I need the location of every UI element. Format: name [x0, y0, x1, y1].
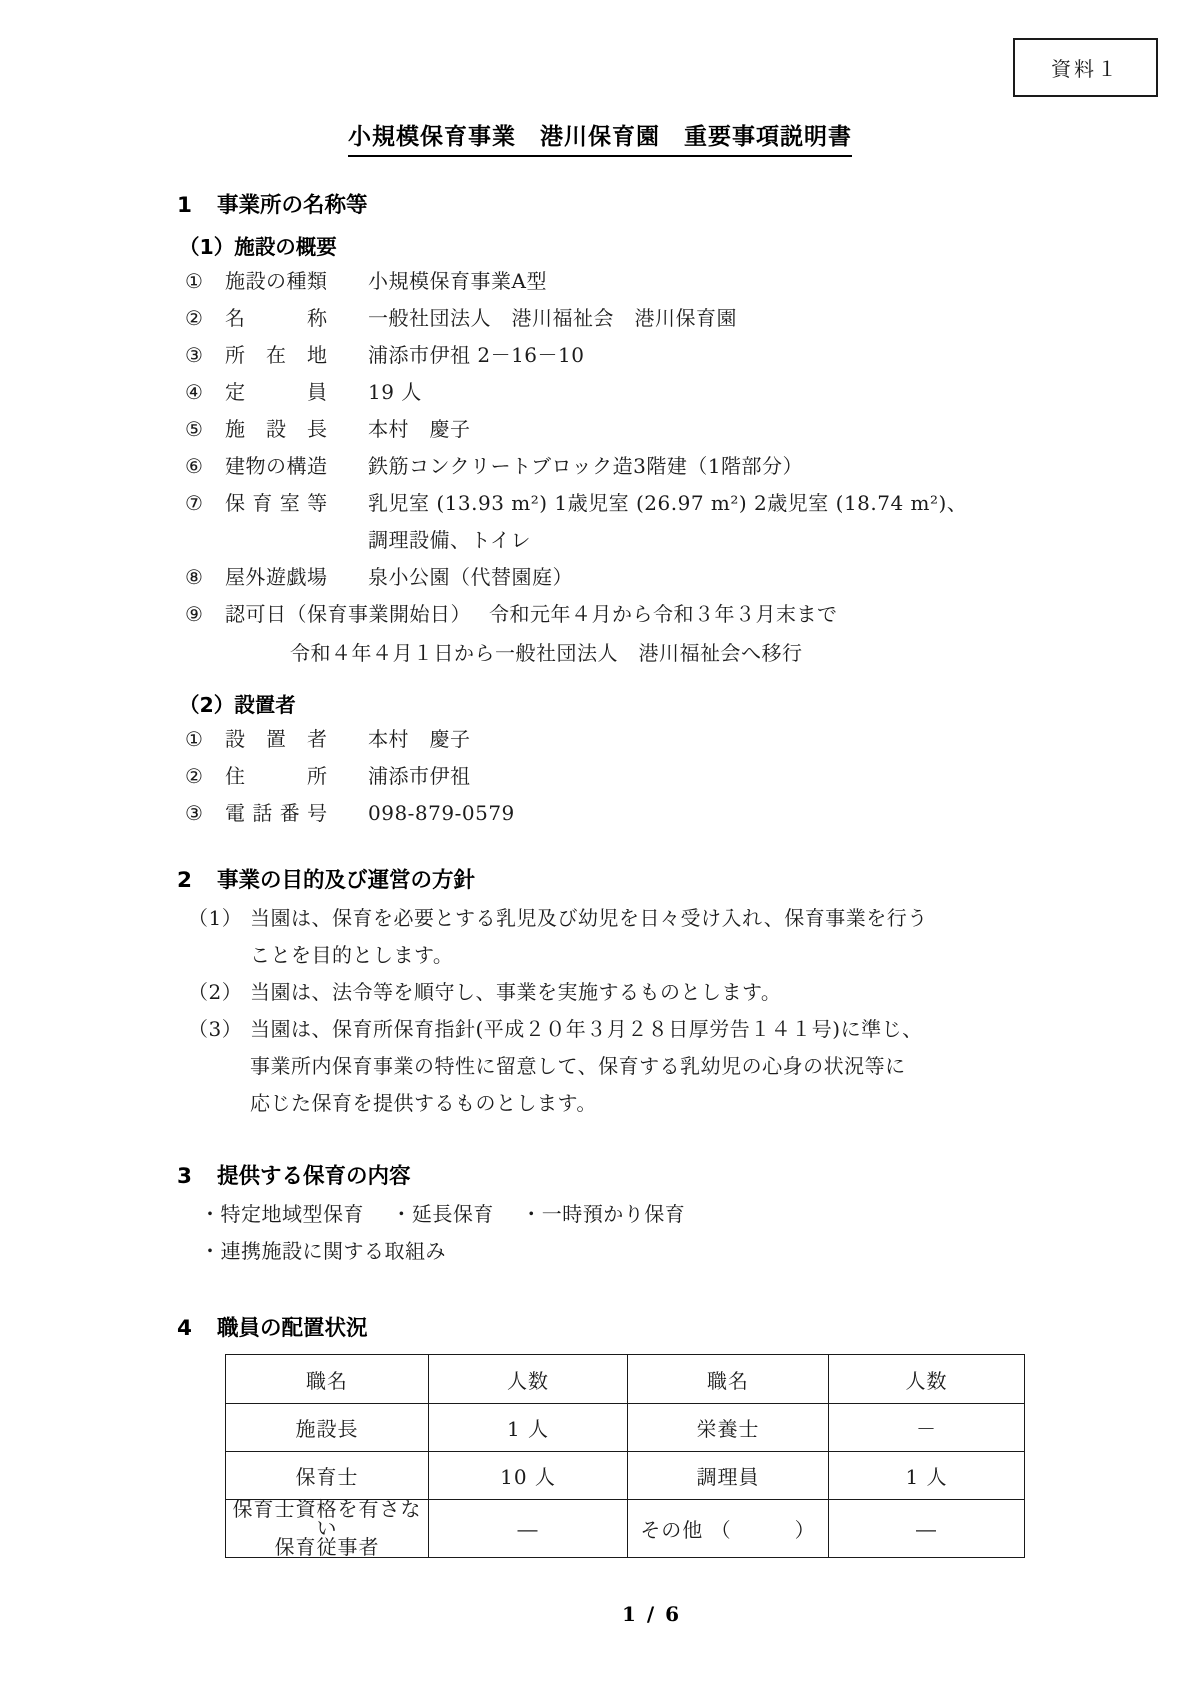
item-number: ⑦ [185, 485, 225, 522]
paragraph-line: ことを目的とします。 [250, 937, 1140, 974]
item-number: ⑨ [185, 596, 225, 633]
cell-line: 保育従事者 [226, 1538, 428, 1557]
item-label: 所 在 地 [225, 337, 368, 374]
item-value: 令和元年４月から令和３年３月末まで [489, 596, 838, 633]
facility-item-address: ③ 所 在 地 浦添市伊祖 2－16－10 [163, 337, 1140, 374]
cell-count: 1 人 [429, 1404, 628, 1452]
section2-number: 2 [177, 866, 217, 896]
facility-item-rooms: ⑦ 保 育 室 等 乳児室 (13.93 m²) 1歳児室 (26.97 m²)… [163, 485, 1140, 522]
care-content-bullets: ・特定地域型保育 ・延長保育 ・一時預かり保育 ・連携施設に関する取組み [163, 1196, 1140, 1270]
purpose-paragraph-2: （2） 当園は、法令等を順守し、事業を実施するものとします。 [163, 974, 1140, 1011]
cell-count: 10 人 [429, 1452, 628, 1500]
item-value: 泉小公園（代替園庭） [368, 559, 573, 596]
purpose-paragraph-3: （3） 当園は、保育所保育指針(平成２０年３月２８日厚労告１４１号)に準じ、 事… [163, 1011, 1140, 1122]
facility-item-capacity: ④ 定 員 19 人 [163, 374, 1140, 411]
facility-item-structure: ⑥ 建物の構造 鉄筋コンクリートブロック造3階建（1階部分） [163, 448, 1140, 485]
section2-heading: 2 事業の目的及び運営の方針 [177, 866, 1140, 896]
item-label: 施設の種類 [225, 263, 368, 300]
item-label: 設 置 者 [225, 721, 368, 758]
item-number: ③ [185, 337, 225, 374]
page-number: 1 / 6 [163, 1602, 1140, 1626]
document-page: 資料１ 小規模保育事業 港川保育園 重要事項説明書 1 事業所の名称等 （1）施… [0, 0, 1200, 1697]
item-label: 認可日（保育事業開始日） [225, 596, 471, 633]
cell-count: ― [829, 1500, 1025, 1558]
item-number: ⑧ [185, 559, 225, 596]
item-label: 名 称 [225, 300, 368, 337]
item-number: ⑥ [185, 448, 225, 485]
paragraph-lines: 当園は、法令等を順守し、事業を実施するものとします。 [250, 974, 1140, 1011]
item-label: 住 所 [225, 758, 368, 795]
item-value: 本村 慶子 [368, 721, 471, 758]
bullet-line: ・連携施設に関する取組み [163, 1233, 1140, 1270]
cell-job-title-other: その他 （ ） [628, 1500, 829, 1558]
cell-count: － [829, 1404, 1025, 1452]
item-number: ① [185, 721, 225, 758]
item-value: 小規模保育事業A型 [368, 263, 547, 300]
section1-number: 1 [177, 191, 217, 221]
facility-item-type: ① 施設の種類 小規模保育事業A型 [163, 263, 1140, 300]
paragraph-line: 応じた保育を提供するものとします。 [250, 1085, 1140, 1122]
item-number: ① [185, 263, 225, 300]
item-value: 一般社団法人 港川福祉会 港川保育園 [368, 300, 737, 337]
cell-job-title: 調理員 [628, 1452, 829, 1500]
header-cell-job-title: 職名 [628, 1355, 829, 1404]
section4-title: 職員の配置状況 [217, 1314, 368, 1344]
item-number: ④ [185, 374, 225, 411]
facility-item-approval-date: ⑨ 認可日（保育事業開始日） 令和元年４月から令和３年３月末まで [163, 596, 1140, 633]
header-cell-count: 人数 [429, 1355, 628, 1404]
paragraph-number: （3） [188, 1011, 250, 1122]
section4-number: 4 [177, 1314, 217, 1344]
staff-table-header-row: 職名 人数 職名 人数 [226, 1355, 1025, 1404]
cell-job-title: 施設長 [226, 1404, 429, 1452]
facility-overview-items: ① 施設の種類 小規模保育事業A型 ② 名 称 一般社団法人 港川福祉会 港川保… [163, 263, 1140, 673]
purpose-paragraphs: （1） 当園は、保育を必要とする乳児及び幼児を日々受け入れ、保育事業を行う こと… [163, 900, 1140, 1122]
staff-table-row: 保育士 10 人 調理員 1 人 [226, 1452, 1025, 1500]
item-label: 屋外遊戯場 [225, 559, 368, 596]
section3-title: 提供する保育の内容 [217, 1162, 411, 1192]
founder-item-name: ① 設 置 者 本村 慶子 [163, 721, 1140, 758]
cell-line: 保育士資格を有さない [226, 1500, 428, 1538]
paragraph-lines: 当園は、保育所保育指針(平成２０年３月２８日厚労告１４１号)に準じ、 事業所内保… [250, 1011, 1140, 1122]
section2-title: 事業の目的及び運営の方針 [217, 866, 475, 896]
item-label: 電 話 番 号 [225, 795, 368, 832]
header-cell-count: 人数 [829, 1355, 1025, 1404]
paragraph-line: 当園は、保育を必要とする乳児及び幼児を日々受け入れ、保育事業を行う [250, 900, 1140, 937]
facility-item-rooms-cont: 調理設備、トイレ [163, 522, 1140, 559]
item-number: ⑤ [185, 411, 225, 448]
item-label: 定 員 [225, 374, 368, 411]
facility-item-director: ⑤ 施 設 長 本村 慶子 [163, 411, 1140, 448]
bullet-line: ・特定地域型保育 ・延長保育 ・一時預かり保育 [163, 1196, 1140, 1233]
item-number: ③ [185, 795, 225, 832]
purpose-paragraph-1: （1） 当園は、保育を必要とする乳児及び幼児を日々受け入れ、保育事業を行う こと… [163, 900, 1140, 974]
subsection-founder-heading: （2）設置者 [179, 691, 1140, 719]
cell-job-title: 保育士 [226, 1452, 429, 1500]
facility-item-name: ② 名 称 一般社団法人 港川福祉会 港川保育園 [163, 300, 1140, 337]
item-value: 浦添市伊祖 2－16－10 [368, 337, 584, 374]
paragraph-number: （2） [188, 974, 250, 1011]
founder-item-address: ② 住 所 浦添市伊祖 [163, 758, 1140, 795]
section1-title: 事業所の名称等 [217, 191, 368, 221]
item-value: 浦添市伊祖 [368, 758, 471, 795]
page-title: 小規模保育事業 港川保育園 重要事項説明書 [348, 118, 852, 157]
item-value: 本村 慶子 [368, 411, 471, 448]
cell-job-title: 栄養士 [628, 1404, 829, 1452]
header-cell-job-title: 職名 [226, 1355, 429, 1404]
cell-count: ― [429, 1500, 628, 1558]
item-label: 保 育 室 等 [225, 485, 368, 522]
staff-table-row: 施設長 1 人 栄養士 － [226, 1404, 1025, 1452]
document-tag-box: 資料１ [1013, 38, 1158, 97]
facility-item-approval-date-cont: 令和４年４月１日から一般社団法人 港川福祉会へ移行 [163, 633, 1140, 673]
section1-heading: 1 事業所の名称等 [177, 191, 1140, 221]
paragraph-lines: 当園は、保育を必要とする乳児及び幼児を日々受け入れ、保育事業を行う ことを目的と… [250, 900, 1140, 974]
founder-items: ① 設 置 者 本村 慶子 ② 住 所 浦添市伊祖 ③ 電 話 番 号 098-… [163, 721, 1140, 832]
item-value: 鉄筋コンクリートブロック造3階建（1階部分） [368, 448, 803, 485]
item-value: 乳児室 (13.93 m²) 1歳児室 (26.97 m²) 2歳児室 (18.… [368, 485, 967, 522]
item-label: 施 設 長 [225, 411, 368, 448]
cell-job-title-two-line: 保育士資格を有さない 保育従事者 [226, 1500, 429, 1558]
cell-count: 1 人 [829, 1452, 1025, 1500]
paragraph-line: 事業所内保育事業の特性に留意して、保育する乳幼児の心身の状況等に [250, 1048, 1140, 1085]
item-number: ② [185, 300, 225, 337]
item-value: 19 人 [368, 374, 422, 411]
staff-table-row: 保育士資格を有さない 保育従事者 ― その他 （ ） ― [226, 1500, 1025, 1558]
section3-number: 3 [177, 1162, 217, 1192]
item-number: ② [185, 758, 225, 795]
paragraph-line: 当園は、保育所保育指針(平成２０年３月２８日厚労告１４１号)に準じ、 [250, 1011, 1140, 1048]
paragraph-number: （1） [188, 900, 250, 974]
item-value: 098-879-0579 [368, 795, 515, 832]
facility-item-playground: ⑧ 屋外遊戯場 泉小公園（代替園庭） [163, 559, 1140, 596]
section4-heading: 4 職員の配置状況 [177, 1314, 1140, 1344]
item-label: 建物の構造 [225, 448, 368, 485]
document-content: 1 事業所の名称等 （1）施設の概要 ① 施設の種類 小規模保育事業A型 ② 名… [163, 191, 1140, 1626]
staff-table: 職名 人数 職名 人数 施設長 1 人 栄養士 － 保育士 10 人 調理員 1… [225, 1354, 1025, 1558]
founder-item-phone: ③ 電 話 番 号 098-879-0579 [163, 795, 1140, 832]
subsection-overview-heading: （1）施設の概要 [179, 233, 1140, 261]
paragraph-line: 当園は、法令等を順守し、事業を実施するものとします。 [250, 974, 1140, 1011]
section3-heading: 3 提供する保育の内容 [177, 1162, 1140, 1192]
document-tag-label: 資料１ [1051, 57, 1120, 81]
